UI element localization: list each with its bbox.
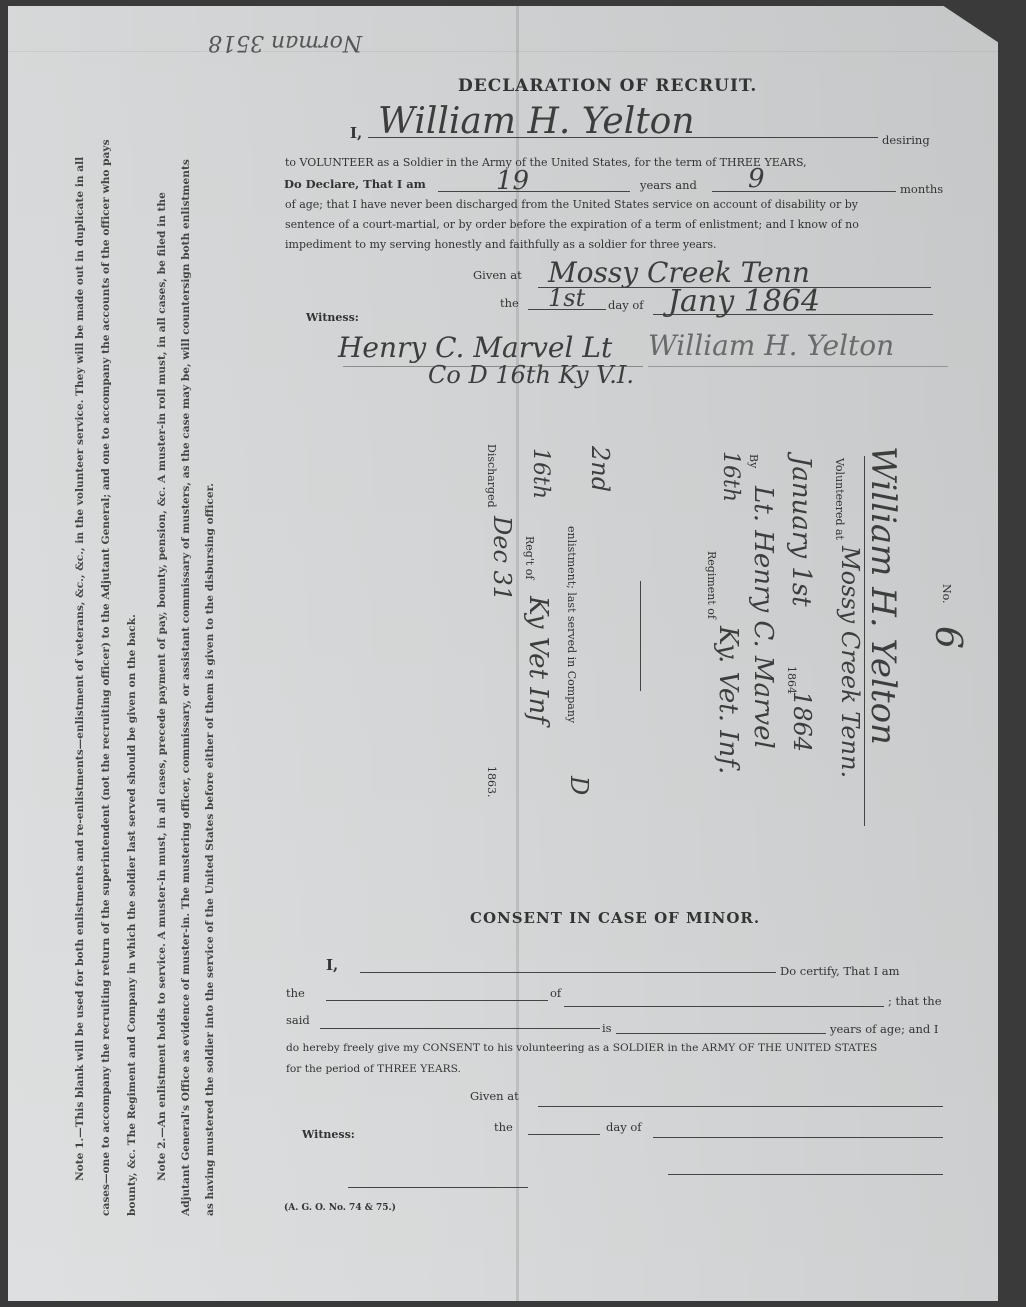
volunteer-line: to VOLUNTEER as a Soldier in the Army of… xyxy=(285,156,807,169)
margin-note-2-line-2: Adjutant General's Office as evidence of… xyxy=(180,159,192,1216)
discharged-label: Discharged xyxy=(485,444,498,508)
pronoun-i: I, xyxy=(350,124,362,142)
of-label: of xyxy=(550,986,561,1000)
declaration-title: DECLARATION OF RECRUIT. xyxy=(458,76,757,96)
consent-line-4: do hereby freely give my CONSENT to his … xyxy=(286,1042,877,1054)
minor-name-line xyxy=(564,1006,884,1007)
regt-value-2: Ky Vet Inf xyxy=(523,596,553,724)
endorsement-name: William H. Yelton xyxy=(863,446,903,745)
margin-note-1-line-3: bounty, &c. The Regiment and Company in … xyxy=(126,614,138,1216)
witness-line xyxy=(343,366,643,367)
declaration-line-6: impediment to my serving honestly and fa… xyxy=(285,238,717,251)
consent-name-line xyxy=(360,972,776,973)
regiment-label: Regiment of xyxy=(705,551,718,619)
margin-note-2-line-1: Note 2.—An enlistment holds to service. … xyxy=(156,192,168,1181)
consent-day-line xyxy=(528,1134,600,1135)
consent-witness-label: Witness: xyxy=(302,1128,355,1141)
recruit-signature-line xyxy=(648,366,948,367)
that-the-label: ; that the xyxy=(888,994,942,1008)
company-value: D xyxy=(565,776,593,795)
discharged-year: 1863. xyxy=(485,766,498,798)
consent-the-label-2: the xyxy=(494,1120,513,1134)
age-months-line xyxy=(712,191,896,192)
volunteer-year: 1864 xyxy=(785,666,798,694)
volunteered-at-value: Mossy Creek Tenn. xyxy=(836,546,864,778)
relation-line xyxy=(326,1000,548,1001)
volunteer-year-hand: 1864 xyxy=(788,691,816,752)
witness-label: Witness: xyxy=(306,311,359,324)
consent-witness-line xyxy=(348,1187,528,1188)
month-year-value: Jany 1864 xyxy=(668,284,820,319)
form-reference: (A. G. O. No. 74 & 75.) xyxy=(284,1203,396,1213)
endorsement-name-line xyxy=(864,456,865,826)
regiment-value: Ky. Vet. Inf. xyxy=(713,626,743,774)
volunteer-date: January 1st xyxy=(786,456,816,607)
age-years-line xyxy=(438,191,630,192)
declaration-line-4: of age; that I have never been discharge… xyxy=(285,198,858,211)
given-at-label: Given at xyxy=(473,268,522,282)
age-months: 9 xyxy=(748,164,765,194)
endorsement-no-label: No. xyxy=(940,584,953,604)
volunteered-at-label: Volunteered at xyxy=(833,458,846,540)
margin-note-1-line-2: cases—one to accompany the recruiting re… xyxy=(100,139,112,1216)
consent-signature-line xyxy=(668,1174,943,1175)
consent-title: CONSENT IN CASE OF MINOR. xyxy=(470,909,760,927)
do-certify-label: Do certify, That I am xyxy=(780,964,900,978)
day-value: 1st xyxy=(548,284,585,312)
enlistment-value: 2nd xyxy=(586,446,614,492)
months-label: months xyxy=(900,182,943,196)
recruit-signature: William H. Yelton xyxy=(648,329,894,362)
said-label: said xyxy=(286,1013,310,1027)
the-label: the xyxy=(500,296,519,310)
by-value: Lt. Henry C. Marvel xyxy=(748,486,778,749)
day-of-label: day of xyxy=(608,298,644,312)
consent-line-5: for the period of THREE YEARS. xyxy=(286,1063,461,1075)
years-of-age-label: years of age; and I xyxy=(830,1022,938,1036)
enlistment-text: enlistment; last served in Company xyxy=(565,526,578,723)
consent-given-at-line xyxy=(538,1106,943,1107)
margin-note-1-line-1: Note 1.—This blank will be used for both… xyxy=(74,157,86,1181)
consent-the-label: the xyxy=(286,986,305,1000)
desiring-label: desiring xyxy=(882,133,930,147)
consent-month-line xyxy=(653,1137,943,1138)
endorsement-no-value: 6 xyxy=(927,626,968,649)
is-label: is xyxy=(602,1021,612,1035)
archive-annotation: Norman 3518 xyxy=(208,30,362,55)
years-and-label: years and xyxy=(640,178,697,192)
consent-pronoun: I, xyxy=(326,956,338,974)
document-page: Norman 3518 Note 1.—This blank will be u… xyxy=(8,6,998,1301)
separator-dash xyxy=(640,581,641,691)
by-label: By xyxy=(747,454,760,468)
witness-signature: Henry C. Marvel Lt xyxy=(338,331,612,364)
margin-note-2-line-3: as having mustered the soldier into the … xyxy=(204,483,216,1216)
regt-label-2: Reg't of xyxy=(523,536,536,579)
regt-number-2: 16th xyxy=(528,448,553,499)
do-declare-label: Do Declare, That I am xyxy=(284,177,426,191)
fold-line-horizontal xyxy=(8,51,998,52)
age-years: 19 xyxy=(496,166,529,196)
consent-day-of-label: day of xyxy=(606,1120,642,1134)
discharged-value: Dec 31 xyxy=(488,516,516,601)
recruit-name: William H. Yelton xyxy=(378,101,695,142)
consent-given-at-label: Given at xyxy=(470,1089,519,1103)
minor-age-line xyxy=(616,1033,826,1034)
regiment-number: 16th xyxy=(718,451,743,502)
declaration-line-5: sentence of a court-martial, or by order… xyxy=(285,218,859,231)
said-name-line xyxy=(320,1028,600,1029)
